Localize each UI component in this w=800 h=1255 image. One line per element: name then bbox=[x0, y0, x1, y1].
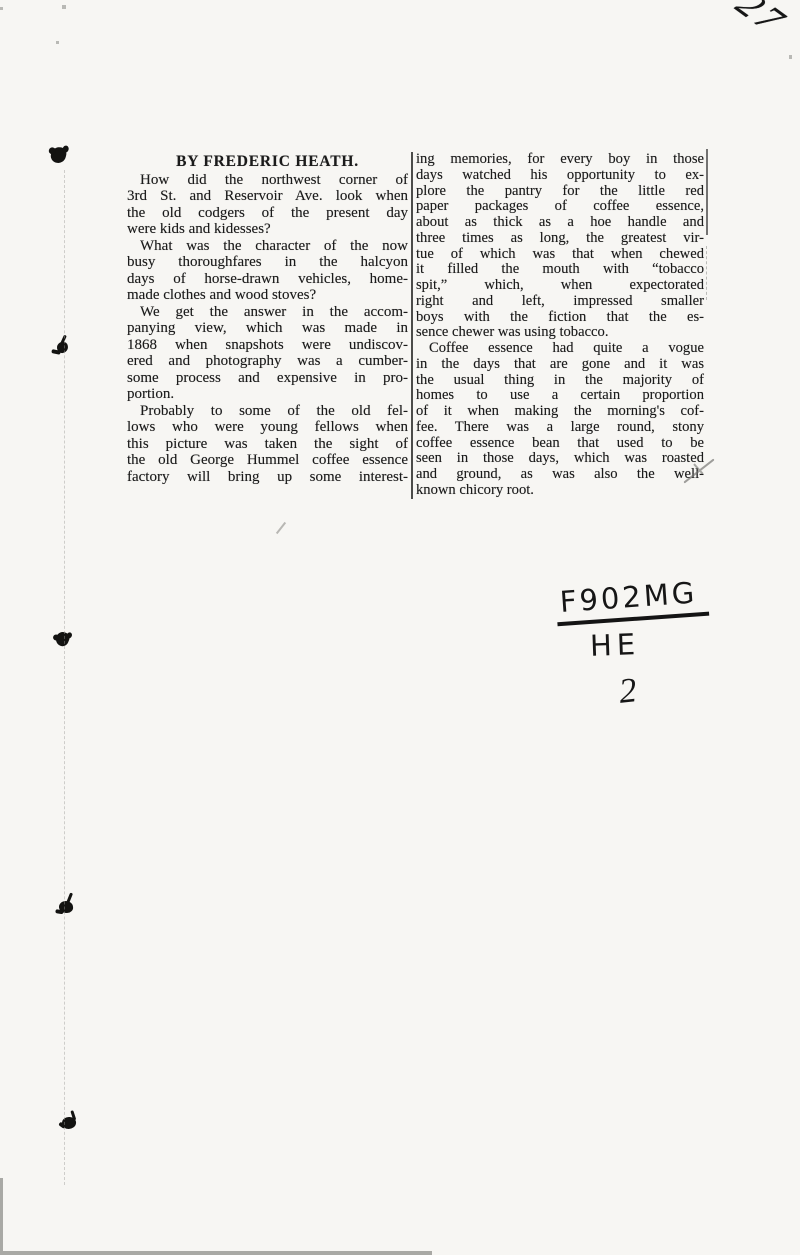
article-text-line: Probably to some of the old fel- bbox=[127, 403, 408, 420]
article-text-line: the old George Hummel coffee essence bbox=[127, 452, 408, 469]
handwritten-page-number: 27 bbox=[714, 0, 800, 67]
article-text-line: How did the northwest corner of bbox=[127, 172, 408, 189]
clipping-edge-rule bbox=[706, 149, 708, 235]
newspaper-article: BY FREDERIC HEATH.How did the northwest … bbox=[127, 150, 705, 499]
handwritten-catalog-line2: HE bbox=[589, 627, 640, 663]
article-column-left: BY FREDERIC HEATH.How did the northwest … bbox=[127, 150, 408, 499]
article-text-line: portion. bbox=[127, 386, 408, 403]
article-text-line: lows who were young fellows when bbox=[127, 419, 408, 436]
ink-blot bbox=[56, 341, 68, 353]
article-text-line: paper packages of coffee essence, bbox=[416, 199, 704, 215]
article-text-line: days of horse-drawn vehicles, home- bbox=[127, 271, 408, 288]
ink-blot bbox=[58, 900, 73, 913]
article-text-line: fee. There was a large round, stony bbox=[416, 420, 704, 436]
clipping-edge-rule-faint bbox=[706, 246, 707, 300]
handwritten-catalog-code: F902MG bbox=[555, 575, 709, 626]
handwritten-catalog-line3: 2 bbox=[617, 670, 639, 712]
article-text-line: What was the character of the now bbox=[127, 238, 408, 255]
scanned-newspaper-clipping-page: 27 BY FREDERIC HEATH.How did the northwe… bbox=[0, 0, 800, 1255]
article-text-line: about as thick as a hoe handle and bbox=[416, 215, 704, 231]
article-text-line: 1868 when snapshots were undiscov- bbox=[127, 337, 408, 354]
pencil-check-mark bbox=[678, 452, 720, 494]
article-text-line: and ground, as was also the well- bbox=[416, 467, 704, 483]
article-text-line: some process and expensive in pro- bbox=[127, 370, 408, 387]
scan-speck bbox=[56, 41, 59, 44]
article-text-line: of it when making the morning's cof- bbox=[416, 404, 704, 420]
scan-edge-shadow bbox=[0, 1251, 432, 1255]
article-text-line: coffee essence bean that used to be bbox=[416, 436, 704, 452]
article-text-line: boys with the fiction that the es- bbox=[416, 310, 704, 326]
ink-blot bbox=[49, 145, 67, 164]
scan-edge-shadow bbox=[0, 1178, 3, 1255]
article-text-line: known chicory root. bbox=[416, 483, 704, 499]
article-text-line: sence chewer was using tobacco. bbox=[416, 325, 704, 341]
article-text-line: the usual thing in the majority of bbox=[416, 373, 704, 389]
article-byline-heading: BY FREDERIC HEATH. bbox=[127, 154, 408, 171]
column-divider-rule bbox=[411, 152, 413, 499]
article-text-line: Coffee essence had quite a vogue bbox=[416, 341, 704, 357]
scan-speck bbox=[0, 7, 3, 10]
article-text-line: it filled the mouth with “tobacco bbox=[416, 262, 704, 278]
article-text-line: three times as long, the greatest vir- bbox=[416, 231, 704, 247]
article-text-line: were kids and kidesses? bbox=[127, 221, 408, 238]
article-column-right: ing memories, for every boy in thosedays… bbox=[416, 150, 704, 499]
article-text-line: factory will bring up some interest- bbox=[127, 469, 408, 486]
scan-speck bbox=[789, 55, 792, 59]
ink-blot bbox=[54, 630, 71, 648]
fold-crease-line bbox=[64, 170, 65, 1185]
article-text-line: busy thoroughfares in the halcyon bbox=[127, 254, 408, 271]
article-text-line: homes to use a certain proportion bbox=[416, 388, 704, 404]
article-text-line: made clothes and wood stoves? bbox=[127, 287, 408, 304]
article-text-line: ing memories, for every boy in those bbox=[416, 152, 704, 168]
pencil-slash-mark bbox=[276, 522, 286, 534]
article-text-line: tue of which was that when chewed bbox=[416, 247, 704, 263]
article-text-line: seen in those days, which was roasted bbox=[416, 451, 704, 467]
article-text-line: 3rd St. and Reservoir Ave. look when bbox=[127, 188, 408, 205]
scan-speck bbox=[62, 5, 66, 9]
article-text-line: this picture was taken the sight of bbox=[127, 436, 408, 453]
article-text-line: the old codgers of the present day bbox=[127, 205, 408, 222]
article-text-line: panying view, which was made in bbox=[127, 320, 408, 337]
article-text-line: We get the answer in the accom- bbox=[127, 304, 408, 321]
scan-edge-corner bbox=[787, 1246, 800, 1255]
article-text-line: spit,” which, when expectorated bbox=[416, 278, 704, 294]
article-text-line: plore the pantry for the little red bbox=[416, 184, 704, 200]
article-text-line: right and left, impressed smaller bbox=[416, 294, 704, 310]
article-text-line: ered and photography was a cumber- bbox=[127, 353, 408, 370]
article-text-line: days watched his opportunity to ex- bbox=[416, 168, 704, 184]
article-text-line: in the days that are gone and it was bbox=[416, 357, 704, 373]
